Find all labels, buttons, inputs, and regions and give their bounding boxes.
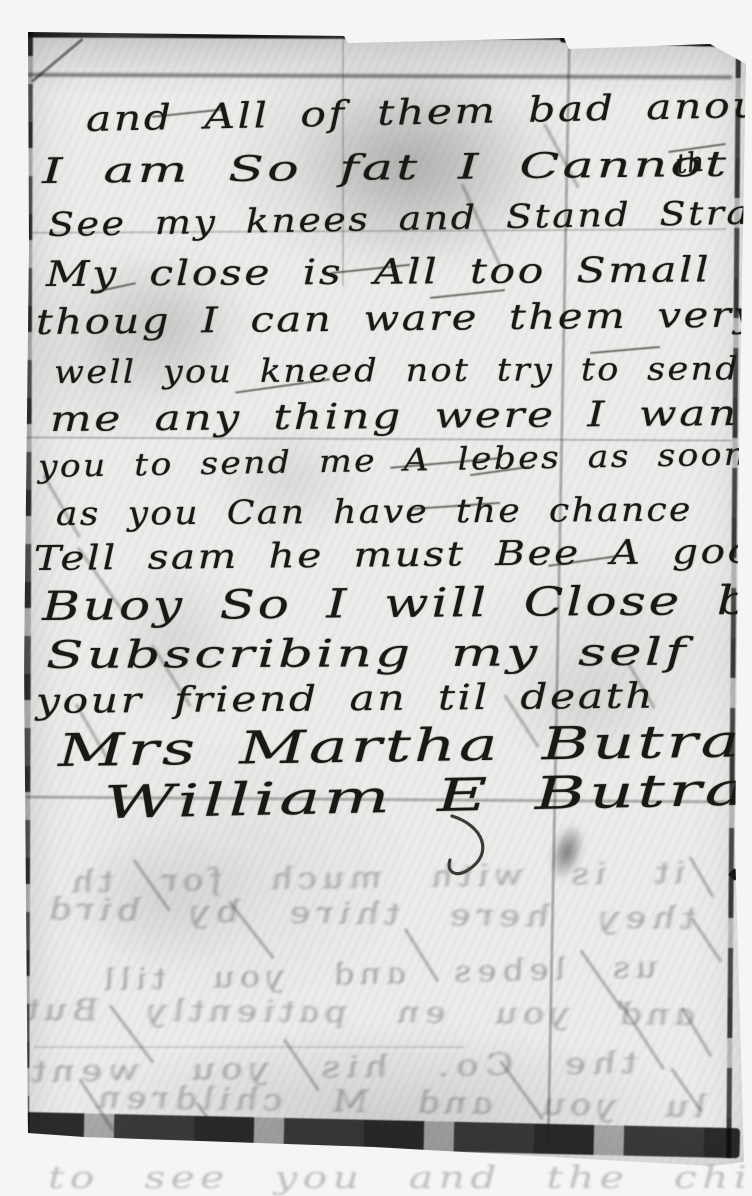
letter-line: well you kneed not try to send [54, 349, 740, 391]
paper-torn-edge-top [26, 24, 728, 40]
letter-line: Tell sam he must Bee A good [34, 531, 752, 579]
letter-line: your friend an til death [36, 677, 656, 722]
letter-line: Buoy So I will Close by [42, 578, 752, 630]
letter-line: you to send me A lebes as soon [38, 437, 749, 485]
scanned-letter-page: and All of them bad anoug I am So fat I … [0, 0, 752, 1196]
letter-superscript: th [674, 147, 705, 181]
pencil-stroke [691, 918, 723, 963]
letter-line: thoug I can ware them very [36, 295, 752, 343]
letter-line: See my knees and Stand Strait [48, 192, 752, 244]
letter-line: Subscribing my self [46, 630, 689, 677]
letter-line: as you Can have the chance [56, 490, 693, 533]
letter-line: me any thing were I want [50, 394, 752, 440]
underlying-page-text: to see you and the children [48, 1160, 752, 1196]
bleed-through-line: and you en patiently But [13, 993, 702, 1033]
letter-line: I am So fat I Cannot [42, 145, 730, 192]
pencil-stroke [689, 856, 715, 897]
paper-torn-edge-top-right [560, 31, 746, 47]
fold-line-horizontal-5 [34, 1046, 464, 1048]
letter-paper: and All of them bad anoug I am So fat I … [24, 26, 746, 1166]
paper-torn-edge-left [22, 30, 33, 1158]
letter-line: My close is All too Small [46, 250, 711, 295]
